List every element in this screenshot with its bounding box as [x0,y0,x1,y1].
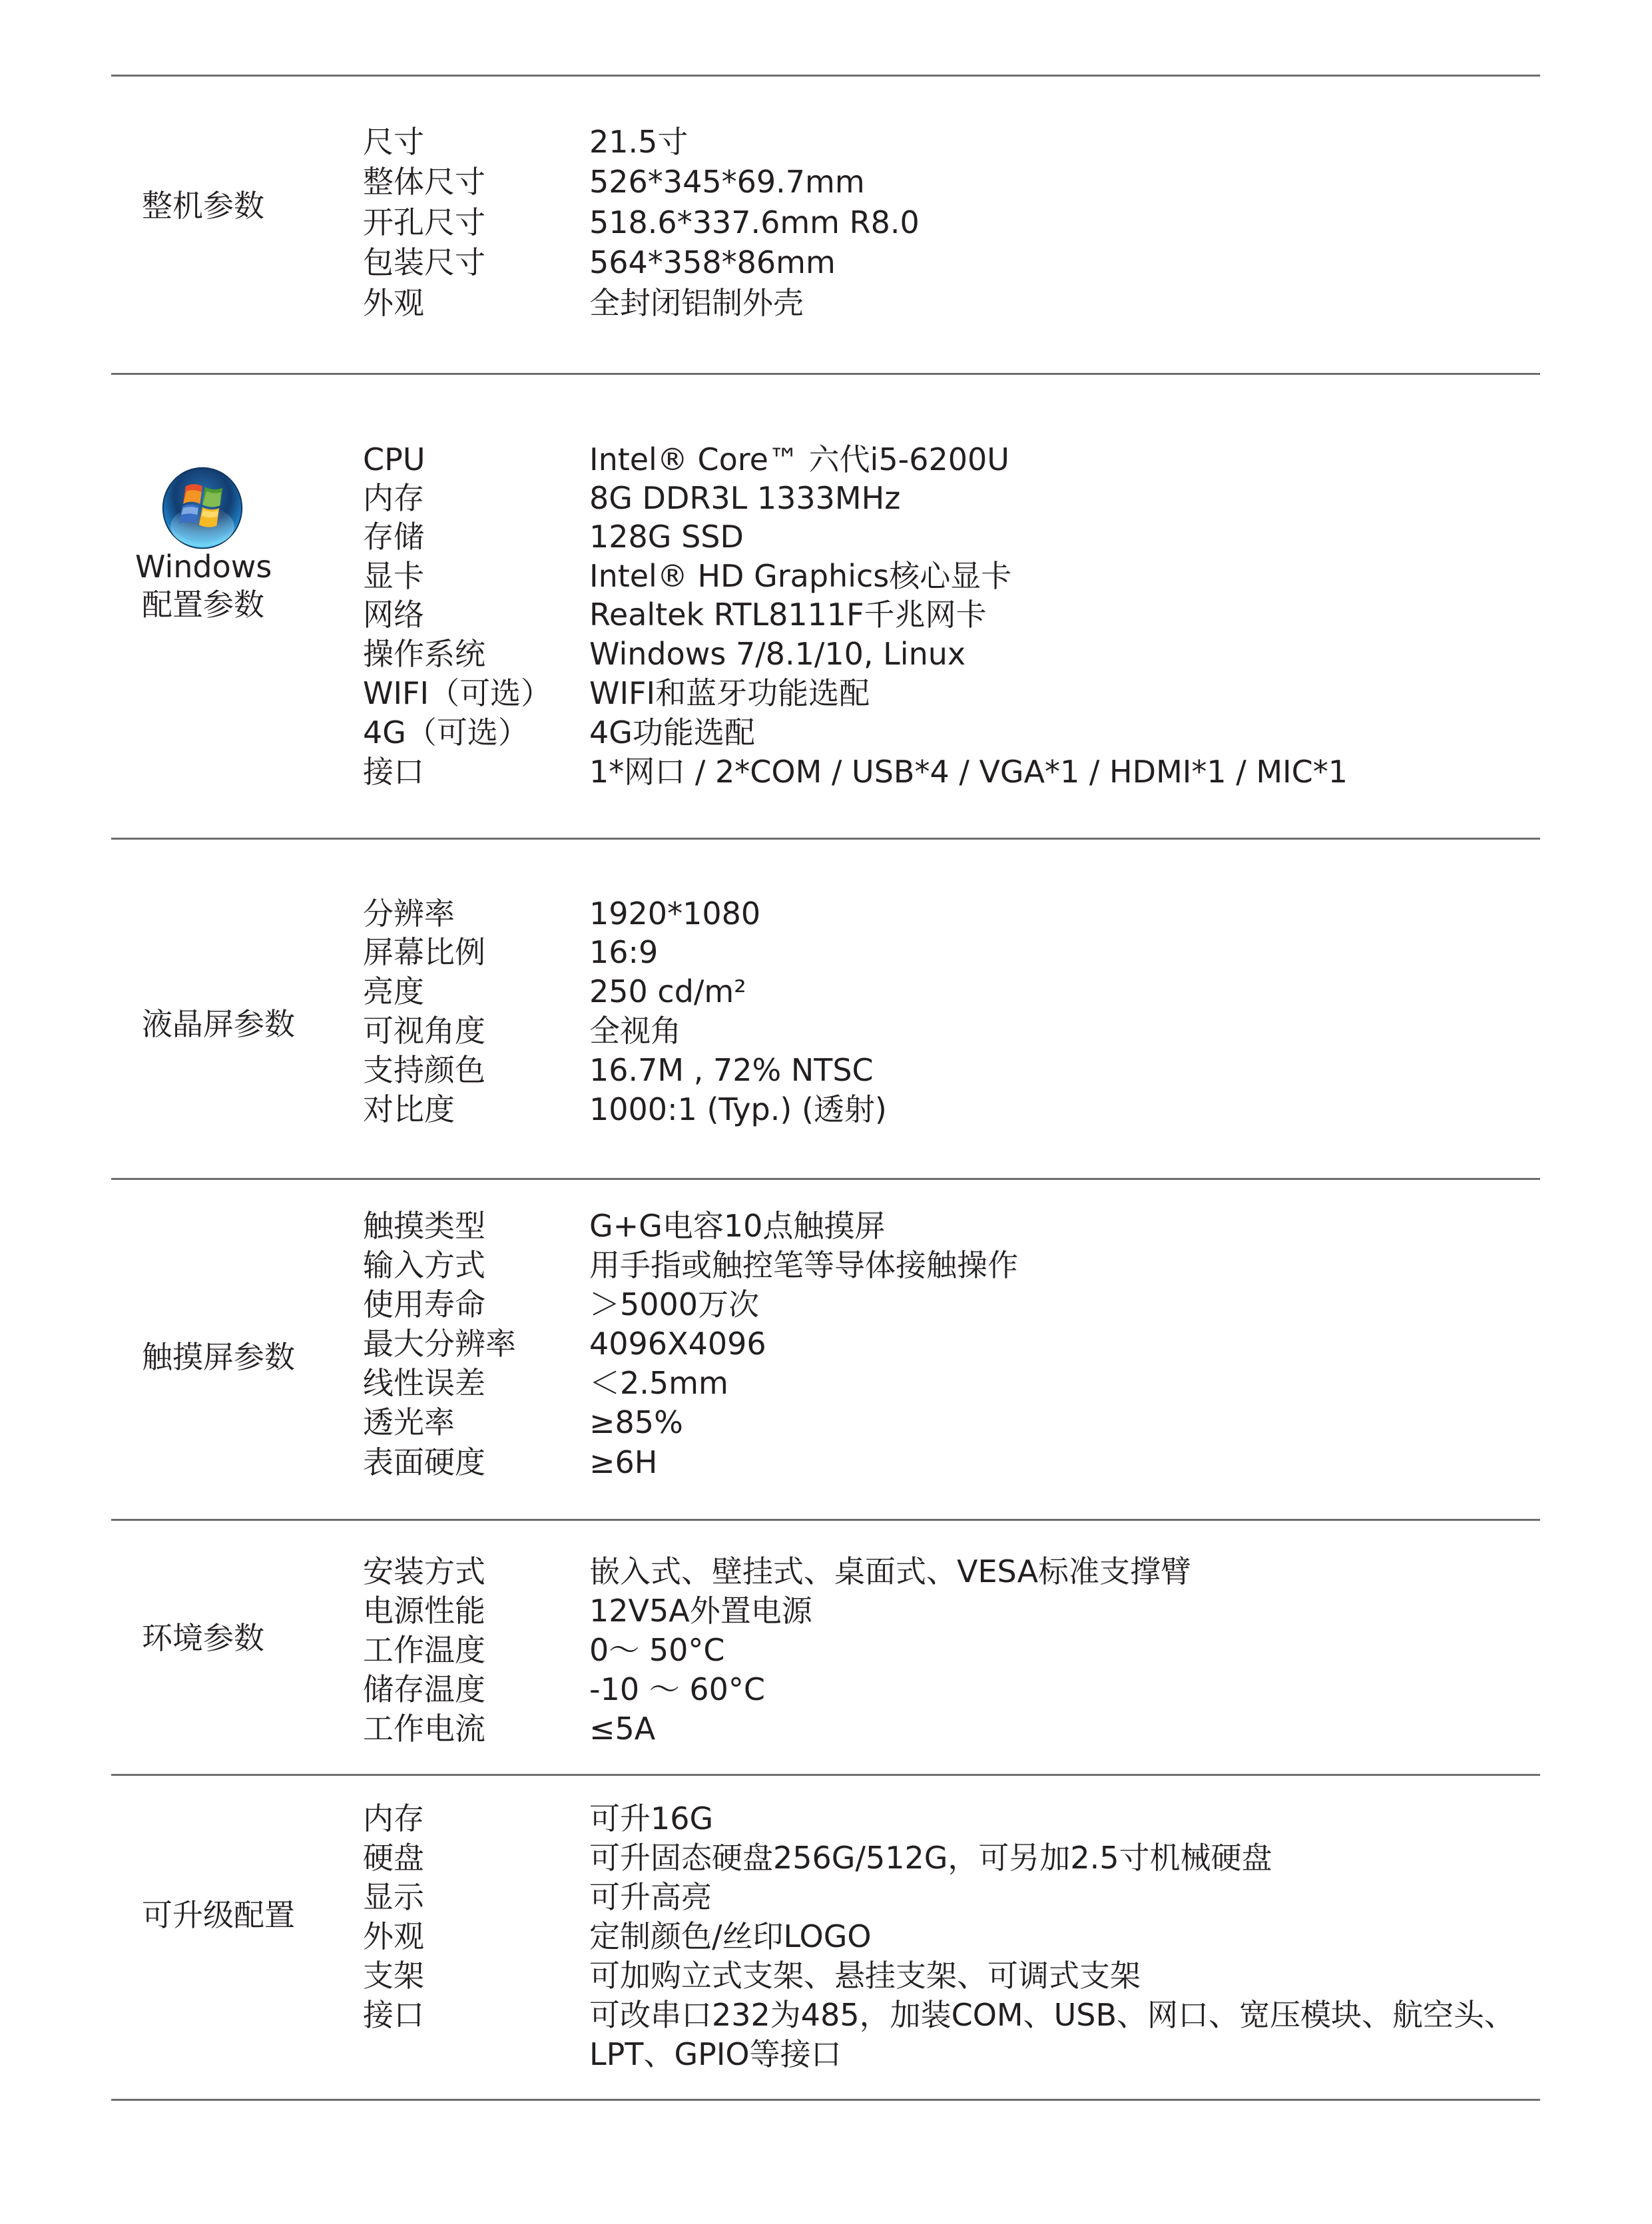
spec-value: 可升高亮 [589,1877,712,1917]
spec-key: CPU [363,439,425,479]
spec-value: 全视角 [589,1011,681,1051]
section-label: 可升级配置 [142,1895,295,1935]
spec-key: 输入方式 [363,1245,485,1285]
spec-value: 0～ 50°C [589,1630,725,1670]
spec-value: ≥6H [589,1442,657,1482]
spec-key: 安装方式 [363,1551,485,1591]
divider-2 [111,838,1540,840]
spec-value: Intel® Core™ 六代i5-6200U [589,439,1009,479]
spec-key: 接口 [363,752,424,792]
spec-value: 8G DDR3L 1333MHz [589,478,900,518]
spec-key: 显卡 [363,556,424,596]
spec-value: 可改串口232为485，加装COM、USB、网口、宽压模块、航空头、 [589,1995,1515,2035]
divider-3 [111,1178,1540,1180]
spec-value: 250 cd/m² [589,972,746,1011]
spec-key: 硬盘 [363,1838,424,1878]
spec-value: 可升16G [589,1799,713,1838]
spec-value: 嵌入式、壁挂式、桌面式、VESA标准支撑臂 [589,1551,1191,1591]
spec-key: 尺寸 [363,122,424,162]
spec-key: 使用寿命 [363,1284,485,1324]
spec-key: 工作电流 [363,1709,485,1749]
spec-value: 可加购立式支架、悬挂支架、可调式支架 [589,1956,1141,1996]
spec-value: 1000:1 (Typ.) (透射) [589,1089,887,1129]
spec-value: 4G功能选配 [589,712,755,752]
spec-value: Intel® HD Graphics核心显卡 [589,556,1011,596]
spec-key: 屏幕比例 [363,932,485,972]
spec-value: 526*345*69.7mm [589,162,865,202]
spec-value: 定制颜色/丝印LOGO [589,1916,872,1956]
spec-value: 128G SSD [589,517,744,557]
spec-value: 16:9 [589,932,658,972]
spec-key: 内存 [363,1799,424,1838]
spec-value: ≤5A [589,1709,655,1749]
spec-key: 储存温度 [363,1669,485,1709]
spec-key: 分辨率 [363,894,455,934]
spec-value: -10 ～ 60°C [589,1669,765,1709]
section-label-line1: Windows [135,547,272,587]
spec-key: WIFI（可选） [363,673,551,713]
spec-value: 1*网口 / 2*COM / USB*4 / VGA*1 / HDMI*1 / … [589,752,1348,792]
spec-key: 操作系统 [363,634,485,674]
spec-key: 透光率 [363,1402,455,1442]
spec-key: 支架 [363,1956,424,1996]
divider-bottom [111,2099,1540,2101]
spec-key: 可视角度 [363,1011,485,1051]
spec-key: 接口 [363,1995,424,2035]
spec-value: 16.7M , 72% NTSC [589,1050,874,1090]
divider-5 [111,1774,1540,1776]
spec-key: 对比度 [363,1089,455,1129]
spec-value: 518.6*337.6mm R8.0 [589,202,920,242]
spec-key: 亮度 [363,972,424,1011]
spec-key: 触摸类型 [363,1206,485,1246]
spec-value: ＞5000万次 [589,1284,759,1324]
divider-top [111,75,1540,77]
spec-value: 可升固态硬盘256G/512G，可另加2.5寸机械硬盘 [589,1838,1272,1878]
spec-key: 开孔尺寸 [363,202,485,242]
spec-value: WIFI和蓝牙功能选配 [589,673,870,713]
windows-logo-icon [160,466,244,550]
spec-key: 表面硬度 [363,1442,485,1482]
spec-key: 线性误差 [363,1363,485,1403]
spec-value: 21.5寸 [589,122,688,162]
spec-key: 最大分辨率 [363,1324,516,1364]
spec-value: 564*358*86mm [589,242,836,282]
spec-key: 电源性能 [363,1591,485,1631]
spec-key: 支持颜色 [363,1050,485,1090]
spec-value: G+G电容10点触摸屏 [589,1206,885,1246]
spec-key: 整体尺寸 [363,162,485,202]
spec-value: 全封闭铝制外壳 [589,283,804,323]
section-label: 触摸屏参数 [142,1337,295,1377]
spec-value: ＜2.5mm [589,1363,728,1403]
spec-value: 4096X4096 [589,1324,766,1364]
spec-value: 1920*1080 [589,894,760,934]
spec-key: 内存 [363,478,424,518]
spec-key: 包装尺寸 [363,242,485,282]
section-label-line2: 配置参数 [142,585,264,625]
spec-key: 外观 [363,1916,424,1956]
spec-value-continued: LPT、GPIO等接口 [589,2034,842,2074]
spec-key: 4G（可选） [363,712,529,752]
spec-key: 存储 [363,517,424,557]
spec-value: 用手指或触控笔等导体接触操作 [589,1245,1018,1285]
divider-4 [111,1519,1540,1521]
spec-value: 12V5A外置电源 [589,1591,812,1631]
divider-1 [111,373,1540,375]
section-label: 液晶屏参数 [142,1004,295,1044]
section-label: 整机参数 [142,186,264,226]
spec-key: 显示 [363,1877,424,1917]
spec-value: ≥85% [589,1402,683,1442]
spec-value: Realtek RTL8111F千兆网卡 [589,595,987,635]
spec-key: 工作温度 [363,1630,485,1670]
spec-key: 外观 [363,283,424,323]
spec-value: Windows 7/8.1/10, Linux [589,634,965,674]
spec-key: 网络 [363,595,424,635]
section-label: 环境参数 [142,1618,264,1658]
